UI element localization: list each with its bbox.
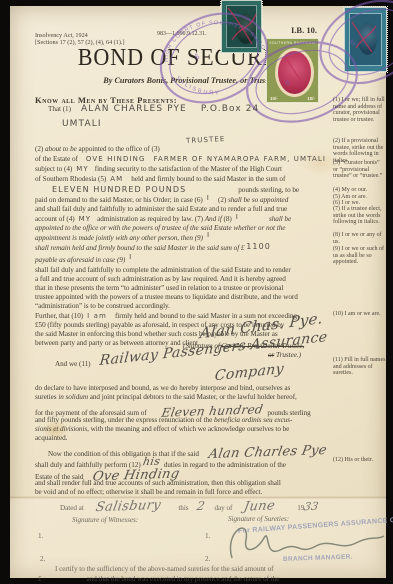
handwritten-text: FARMER OF NYAMAROPA FARM, UMTALI: [154, 155, 326, 163]
printed-text: of Southern Rhodesia (5): [35, 175, 106, 183]
handwritten-script: his: [142, 456, 161, 468]
scanned-document: Insolvency Act, 1924 [Sections 17 (2), 5…: [0, 0, 393, 584]
document-line: shall fail duly and faithfully to comple…: [35, 267, 291, 274]
handwritten-text: AM: [110, 175, 123, 183]
print-code: 983—1,000.9.12.31.: [157, 31, 207, 37]
printed-text: account of (4): [35, 215, 75, 223]
italic-text: shall remain held and firmly bound to th…: [35, 244, 246, 252]
printed-text: sureties: [35, 393, 58, 401]
handwritten-text: I: [207, 193, 210, 202]
handwritten-text: I: [129, 252, 132, 261]
handwritten-text: I: [236, 212, 239, 221]
printed-text: acquainted.: [35, 434, 67, 442]
handwritten-text: I: [207, 230, 210, 239]
document-line: and shall render full and true accounts …: [35, 480, 281, 487]
margin-note: (11) Fill in full names and addresses of…: [333, 357, 386, 377]
stamp-portrait: [236, 14, 256, 44]
italic-text: appointment is made jointly with any oth…: [35, 234, 203, 242]
printed-text: appointed to the office of (3): [77, 145, 160, 153]
printed-text: (2): [35, 145, 45, 153]
revenue-stamp-teal: [221, 0, 262, 53]
fold-crease: [10, 496, 386, 499]
printed-text: “administration” is to be construed acco…: [35, 302, 170, 310]
printed-text: paid on demand to the said Master, or hi…: [35, 196, 203, 204]
printed-text: that in these presents the term “to admi…: [35, 284, 283, 292]
document-line: ELEVEN HUNDRED POUNDSpounds sterling, to…: [52, 186, 299, 194]
stamp-portrait: [275, 48, 314, 97]
margin-note: (8) I or we or any of us.: [333, 232, 386, 245]
printed-text: and fifty pounds sterling, under the exp…: [35, 416, 214, 424]
document-line: paid on demand to the said Master, or hi…: [35, 196, 288, 204]
stamp-portrait: [358, 23, 377, 55]
handwritten-text: 1100: [246, 242, 271, 251]
stamp-value: 10/-: [307, 96, 315, 101]
italic-text: about to be: [45, 145, 77, 153]
stamp-frame: [349, 13, 382, 66]
margin-note: (9) I or we or such of us as shall be so…: [333, 246, 386, 266]
printed-text: a full and true account of such administ…: [35, 275, 286, 283]
document-line: appointed to the office or with the powe…: [35, 225, 285, 232]
margin-note: (1) I or we; fill in full name and addre…: [333, 97, 386, 123]
stamp-values: 10/- 10/-: [267, 96, 318, 101]
document-line: of Southern Rhodesia (5)AMheld and firml…: [35, 176, 285, 183]
margin-note: (3) “Curator bonis” or “provisional trus…: [333, 160, 386, 180]
document-line: And we (11): [55, 361, 91, 368]
printed-text: That (1): [48, 105, 71, 113]
revenue-stamp-blue: [344, 7, 387, 72]
printed-text: held and firmly bound to the said Master…: [131, 175, 285, 183]
handwritten-text: I am: [87, 312, 107, 320]
document-line: of the Estate ofOVE HINDINGFARMER OF NYA…: [35, 156, 326, 163]
printed-text: pounds sterling, to be: [238, 186, 299, 194]
margin-note: (12) His or their.: [333, 457, 386, 464]
document-line: that in these presents the term “to admi…: [35, 285, 283, 292]
printed-text: and shall render full and true accounts …: [35, 479, 281, 487]
printed-text: (8): [222, 215, 232, 223]
document-line: UMTALI: [62, 120, 102, 129]
printed-text: be void and of no effect; otherwise it s…: [35, 488, 262, 496]
italic-text: in solidum: [58, 393, 88, 401]
italic-text: shall be: [269, 215, 291, 223]
document-line: payable as aforesaid in case (9)I: [35, 256, 132, 264]
document-line: or Trustee.): [268, 352, 301, 359]
document-line: trustee appointed with the powers of a t…: [35, 294, 298, 301]
printed-text: duties in regard to the administration o…: [164, 461, 286, 469]
printed-text: and shall fail duly and faithfully to ad…: [35, 205, 287, 213]
document-line: a full and true account of such administ…: [35, 276, 286, 283]
document-line: (2) about to be appointed to the office …: [35, 146, 160, 153]
printed-text: subject to (4): [35, 165, 72, 173]
stamp-frame: [226, 5, 257, 48]
document-line: sionis et divisionis, with the meaning a…: [35, 426, 289, 433]
stamp-country-label: SOUTHERN RHODESIA: [267, 41, 318, 45]
italic-text: sionis et divisionis,: [35, 425, 89, 433]
printed-text: administration as required by law. (7): [97, 215, 205, 223]
document-line: “administration” is to be construed acco…: [35, 303, 170, 310]
printed-text: And we (11): [55, 360, 91, 368]
printed-text: of the Estate of: [35, 155, 78, 163]
document-line: account of (4)MYadministration as requir…: [35, 215, 291, 223]
margin-note: (10) I am or we are.: [333, 311, 386, 318]
printed-text: Further, that (10): [35, 312, 83, 320]
document-line: shall remain held and firmly bound to th…: [35, 244, 271, 252]
printed-text: trustee appointed with the powers of a t…: [35, 293, 298, 301]
margin-note: (4) My or our.: [333, 187, 386, 194]
document-line: That (1)ALAN CHARLES PYEP.O.Box 24: [48, 105, 259, 114]
act-line: Insolvency Act, 1924: [35, 32, 125, 39]
printed-text: (2): [218, 196, 228, 204]
italic-text: And if: [205, 215, 222, 223]
document-line: and shall fail duly and faithfully to ad…: [35, 206, 287, 213]
handwritten-text: MY: [79, 215, 92, 223]
scan-light-band: [10, 499, 386, 578]
margin-note: (7) If a trustee elect, strike out the w…: [333, 206, 386, 226]
document-line: sureties in solidum and joint principal …: [35, 394, 297, 401]
document-line: acquainted.: [35, 435, 67, 442]
document-line: subject to (4)MYfinding security to the …: [35, 166, 282, 173]
printed-text: finding security to the satisfaction of …: [95, 165, 282, 173]
handwritten-text: ELEVEN HUNDRED POUNDS: [52, 185, 186, 194]
document-line: do declare to have interposed and bound,…: [35, 385, 290, 392]
italic-text: Trustee.): [274, 351, 301, 359]
printed-text: do declare to have interposed and bound,…: [35, 384, 290, 392]
italic-text: shall be so appointed: [228, 196, 288, 204]
form-code: I.B. 10.: [291, 25, 317, 35]
printed-text: shall fail duly and faithfully to comple…: [35, 266, 291, 274]
handwritten-text: UMTALI: [62, 119, 102, 129]
italic-text: beneficia ordinis seu excus-: [214, 416, 292, 424]
italic-text: appointed to the office or with the powe…: [35, 224, 285, 232]
document-line: and fifty pounds sterling, under the exp…: [35, 417, 292, 424]
printed-text: Now the condition of this obligation is …: [48, 450, 199, 458]
revenue-stamp-southern-rhodesia: SOUTHERN RHODESIA 10/- 10/-: [266, 38, 319, 103]
handwritten-text: MY: [76, 165, 89, 173]
printed-text: and joint principal debtors to the said …: [88, 393, 297, 401]
handwritten-text: OVE HINDING: [86, 155, 146, 163]
document-line: appointment is made jointly with any oth…: [35, 234, 210, 242]
handwritten-text: ALAN CHARLES PYE: [81, 104, 187, 114]
stamp-value: 10/-: [270, 96, 278, 101]
handwritten-text: P.O.Box 24: [201, 104, 260, 114]
italic-text: payable as aforesaid in case (9): [35, 256, 125, 264]
printed-text: with the meaning and effect of which we …: [89, 425, 289, 433]
